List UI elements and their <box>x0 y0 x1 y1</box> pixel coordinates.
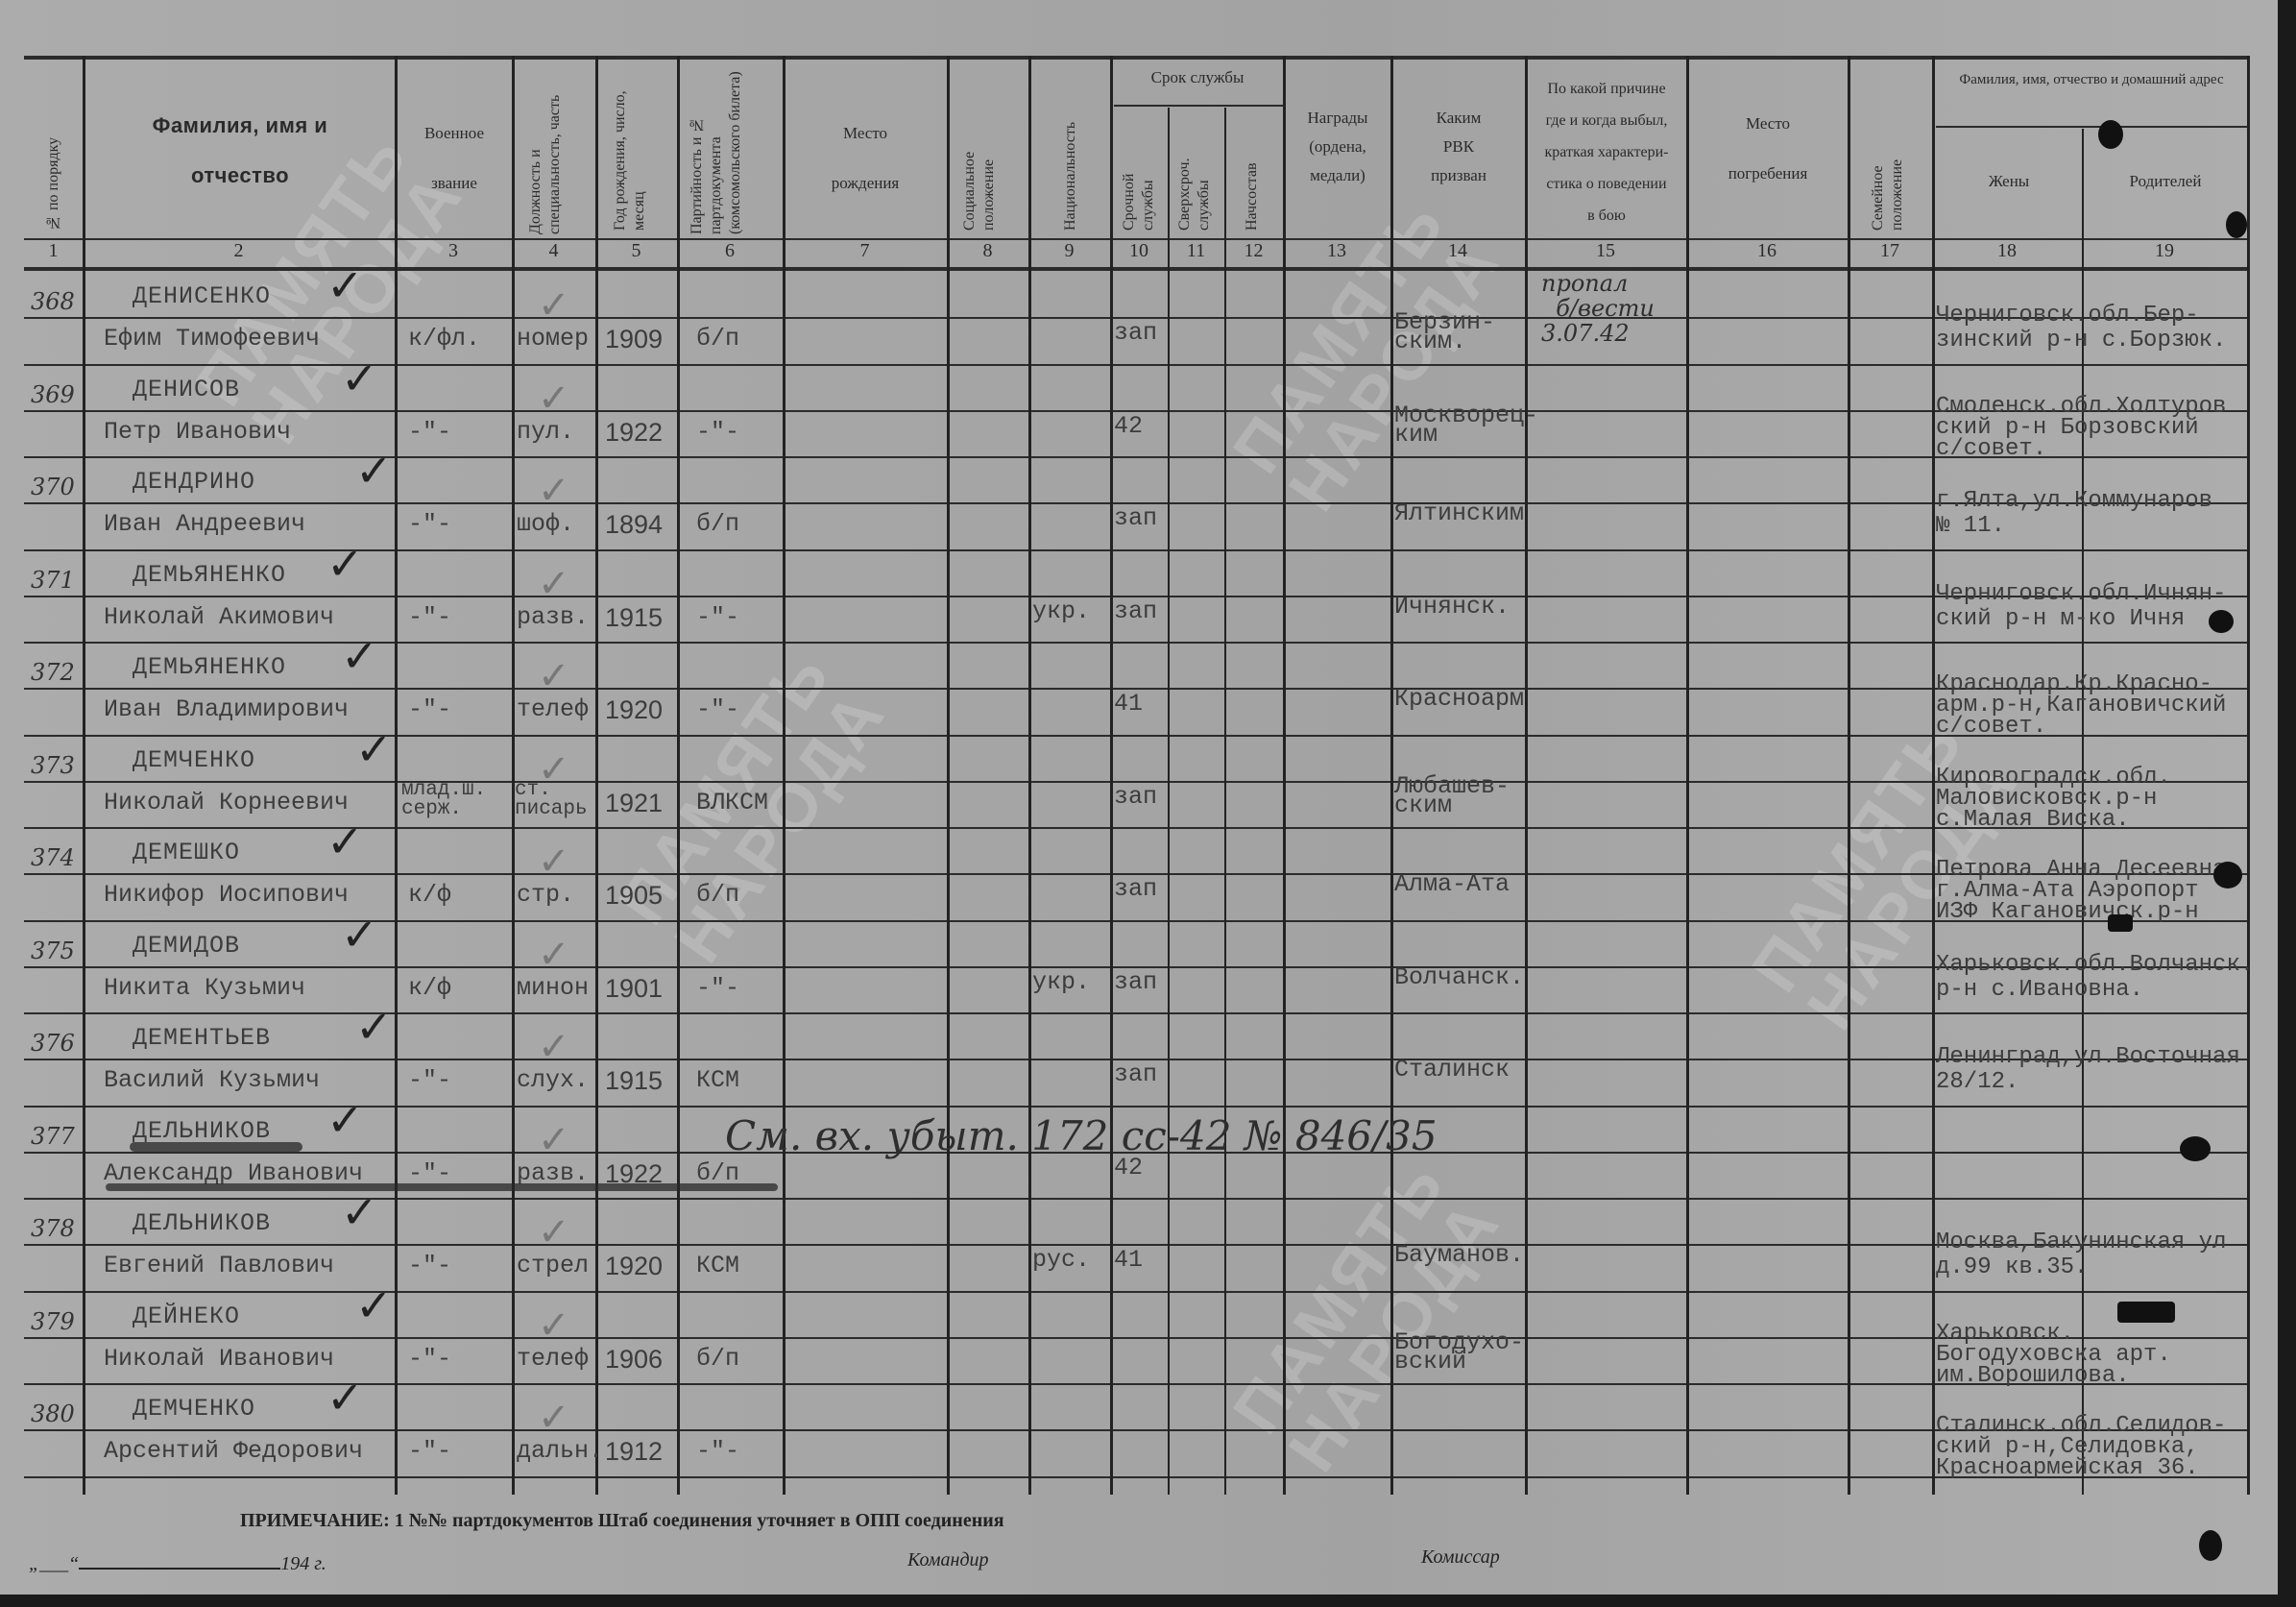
row-divider <box>24 1476 2248 1478</box>
surname: ДЕМЬЯНЕНКО <box>133 563 286 588</box>
header-col-2: Фамилия, имя иотчество <box>86 113 394 188</box>
party-status: б/п <box>696 1347 739 1372</box>
header-col-5: Год рождения, число, месяц <box>611 77 668 231</box>
service-term: 41 <box>1114 692 1143 717</box>
birth-year: 1912 <box>605 1439 663 1464</box>
conscription-office: Алма-Ата <box>1394 875 1510 894</box>
given-name: Иван Владимирович <box>104 697 349 722</box>
given-name: Иван Андреевич <box>104 512 305 537</box>
paper-hole <box>2209 610 2234 633</box>
military-rank: -"- <box>408 605 451 630</box>
checkmark-icon: ✓ <box>341 356 378 401</box>
strikethrough <box>130 1142 302 1152</box>
checkmark-icon: ✓ <box>326 263 364 307</box>
table-top-border <box>24 56 2248 60</box>
header-col-1: № по порядку <box>44 106 63 231</box>
checkmark-icon: ✓ <box>326 1098 364 1142</box>
home-address: Петрова Анна Десеевнаг.Алма-Ата Аэропорт… <box>1936 860 2226 923</box>
row-number: 378 <box>31 1215 75 1242</box>
header-col-9: Национальность <box>1061 96 1090 231</box>
column-number: 14 <box>1390 240 1525 265</box>
column-divider <box>1224 108 1226 1495</box>
checkmark-icon: ✓ <box>538 842 570 881</box>
column-divider <box>1686 56 1689 1495</box>
military-rank: -"- <box>408 1347 451 1372</box>
paper-hole <box>2108 914 2133 932</box>
row-divider <box>24 1429 2248 1431</box>
checkmark-icon: ✓ <box>538 657 570 695</box>
surname: ДЕМЕНТЬЕВ <box>133 1026 271 1051</box>
birth-year: 1920 <box>605 1254 663 1278</box>
party-status: КСМ <box>696 1068 739 1093</box>
conscription-office: Бауманов. <box>1394 1246 1524 1265</box>
conscription-office: Красноарм <box>1394 690 1524 709</box>
column-divider <box>1848 56 1850 1495</box>
header-col-10: Срочной службы <box>1120 134 1163 231</box>
column-number: 4 <box>512 240 595 265</box>
party-status: -"- <box>696 697 739 722</box>
birth-year: 1915 <box>605 605 663 630</box>
column-number: 1 <box>24 240 83 265</box>
given-name: Ефим Тимофеевич <box>104 327 320 352</box>
surname: ДЕМЕШКО <box>133 840 240 865</box>
checkmark-icon: ✓ <box>538 565 570 603</box>
column-divider <box>512 56 515 1495</box>
birth-year: 1905 <box>605 883 663 908</box>
paper-hole <box>2226 211 2247 238</box>
column-number: 11 <box>1168 240 1224 265</box>
checkmark-icon: ✓ <box>326 542 364 586</box>
party-status: б/п <box>696 512 739 537</box>
home-address: Кировоградск.обл.Маловисковск.р-нс.Малая… <box>1936 767 2171 831</box>
checkmark-icon: ✓ <box>538 1028 570 1066</box>
header-col-16: Местопогребения <box>1690 111 1846 186</box>
row-number: 373 <box>31 752 75 779</box>
header-col-13: Награды(ордена,медали) <box>1287 104 1389 190</box>
checkmark-icon: ✓ <box>538 936 570 974</box>
commander-label: Командир <box>907 1549 989 1571</box>
given-name: Арсентий Федорович <box>104 1439 363 1464</box>
column-divider <box>1283 56 1286 1495</box>
column-divider <box>1932 56 1935 1495</box>
surname: ДЕЛЬНИКОВ <box>133 1119 271 1144</box>
position: стр. <box>517 883 574 908</box>
service-group-divider <box>1114 105 1284 107</box>
party-status: -"- <box>696 420 739 445</box>
service-term: зап <box>1114 506 1157 531</box>
column-number: 19 <box>2082 240 2247 265</box>
position: телеф <box>517 1347 589 1372</box>
position: разв. <box>517 1161 589 1186</box>
paper-hole <box>2180 1136 2211 1161</box>
party-status: б/п <box>696 327 739 352</box>
given-name: Петр Иванович <box>104 420 291 445</box>
column-number: 5 <box>595 240 677 265</box>
checkmark-icon: ✓ <box>341 1190 378 1234</box>
column-number: 15 <box>1525 240 1686 265</box>
date-field: „___“194 г. <box>29 1553 326 1575</box>
given-name: Евгений Павлович <box>104 1254 334 1278</box>
conscription-office: Волчанск. <box>1394 968 1524 987</box>
row-number: 372 <box>31 659 75 686</box>
column-divider <box>1110 56 1113 1495</box>
header-col-8: Социальное положение <box>960 96 1013 231</box>
position: телеф <box>517 697 589 722</box>
row-number: 380 <box>31 1400 75 1427</box>
address-group-divider <box>1936 126 2248 128</box>
military-rank: -"- <box>408 420 451 445</box>
birth-year: 1915 <box>605 1068 663 1093</box>
military-rank: -"- <box>408 1254 451 1278</box>
home-address: Сталинск.обл.Селидов-ский р-н,Селидовка,… <box>1936 1416 2226 1479</box>
home-address: Ленинград,ул.Восточная28/12. <box>1936 1045 2240 1095</box>
checkmark-icon: ✓ <box>355 727 393 771</box>
header-col-7: Месторождения <box>785 121 945 196</box>
military-rank: млад.ш.серж. <box>401 781 486 819</box>
checkmark-icon: ✓ <box>326 819 364 864</box>
column-divider <box>1525 56 1528 1495</box>
column-divider <box>677 56 680 1495</box>
column-number: 7 <box>783 240 947 265</box>
column-divider <box>83 56 85 1495</box>
header-col-19: Родителей <box>2084 169 2247 194</box>
header-col-12: Начсостав <box>1243 144 1267 231</box>
surname: ДЕНИСЕНКО <box>133 284 271 309</box>
home-address: Черниговск.обл.Бер-зинский р-н с.Борзюк. <box>1936 304 2226 353</box>
column-number: 3 <box>395 240 512 265</box>
position: слух. <box>517 1068 589 1093</box>
header-col-18: Жены <box>1936 169 2082 194</box>
row-number: 368 <box>31 288 75 315</box>
column-divider <box>395 56 398 1495</box>
row-number: 375 <box>31 937 75 964</box>
home-address: Смоленск.обл.Холтуровский р-н Борзовский… <box>1936 397 2226 460</box>
row-number: 379 <box>31 1308 75 1335</box>
column-divider <box>595 56 598 1495</box>
row-number: 377 <box>31 1123 75 1150</box>
party-status: -"- <box>696 976 739 1001</box>
surname: ДЕНИСОВ <box>133 377 240 402</box>
header-col-15: По какой причинегде и когда выбыл,кратка… <box>1529 73 1684 231</box>
service-term: зап <box>1114 970 1157 995</box>
birth-year: 1922 <box>605 1161 663 1186</box>
birth-year: 1906 <box>605 1347 663 1372</box>
position: минон <box>517 976 589 1001</box>
header-col-17: Семейное положение <box>1869 134 1912 231</box>
column-divider <box>1028 56 1031 1495</box>
commissar-label: Комиссар <box>1421 1546 1500 1569</box>
party-status: -"- <box>696 605 739 630</box>
position: шоф. <box>517 512 574 537</box>
checkmark-icon: ✓ <box>538 379 570 418</box>
column-divider <box>947 56 950 1495</box>
row-number: 376 <box>31 1030 75 1057</box>
surname: ДЕНДРИНО <box>133 470 255 495</box>
given-name: Никита Кузьмич <box>104 976 305 1001</box>
column-number: 12 <box>1224 240 1283 265</box>
column-number: 13 <box>1283 240 1390 265</box>
checkmark-icon: ✓ <box>538 472 570 510</box>
position: ст.писарь <box>515 781 588 819</box>
conscription-office: Ичнянск. <box>1394 597 1510 617</box>
register-sheet: ПАМЯТЬНАРОДА ПАМЯТЬНАРОДА ПАМЯТЬНАРОДА П… <box>0 0 2278 1595</box>
party-status: б/п <box>696 1161 739 1186</box>
military-rank: к/ф <box>408 976 451 1001</box>
given-name: Никифор Иосипович <box>104 883 349 908</box>
home-address: г.Ялта,ул.Коммунаров№ 11. <box>1936 489 2212 539</box>
paper-hole <box>2117 1302 2175 1323</box>
column-number: 9 <box>1028 240 1110 265</box>
nationality: укр. <box>1032 970 1090 995</box>
checkmark-icon: ✓ <box>538 1399 570 1437</box>
handwritten-note: См. вх. убыт. 172 сс-42 № 846/35 <box>725 1112 1438 1159</box>
position: пул. <box>517 420 574 445</box>
given-name: Александр Иванович <box>104 1161 363 1186</box>
surname: ДЕМИДОВ <box>133 934 240 959</box>
header-col-4: Должность и специальность, часть <box>526 63 584 234</box>
checkmark-icon: ✓ <box>341 913 378 957</box>
column-divider <box>783 56 785 1495</box>
header-col-14: КакимРВКпризван <box>1394 104 1523 190</box>
nationality: рус. <box>1032 1248 1090 1273</box>
paper-hole <box>2098 120 2123 149</box>
checkmark-icon: ✓ <box>341 634 378 678</box>
given-name: Василий Кузьмич <box>104 1068 320 1093</box>
service-term: зап <box>1114 1062 1157 1087</box>
home-address: Харьковск.Богодуховска арт.им.Ворошилова… <box>1936 1324 2171 1387</box>
column-divider <box>1168 108 1170 1495</box>
given-name: Николай Акимович <box>104 605 334 630</box>
birth-year: 1921 <box>605 791 663 816</box>
checkmark-icon: ✓ <box>326 1376 364 1420</box>
checkmark-icon: ✓ <box>538 1213 570 1252</box>
home-address: Черниговск.обл.Ичнян-ский р-н м-ко Ичня <box>1936 582 2226 632</box>
row-number: 374 <box>31 844 75 871</box>
military-rank: к/фл. <box>408 327 480 352</box>
military-rank: -"- <box>408 1161 451 1186</box>
conscription-office: Любашев-ским <box>1394 777 1510 816</box>
service-term: зап <box>1114 599 1157 624</box>
birth-year: 1894 <box>605 512 663 537</box>
service-term: зап <box>1114 785 1157 810</box>
military-rank: -"- <box>408 1068 451 1093</box>
checkmark-icon: ✓ <box>538 286 570 325</box>
given-name: Николай Корнеевич <box>104 791 349 816</box>
paper-hole <box>2199 1530 2222 1561</box>
home-address: Краснодар.Кр.Красно-арм.р-н,Кагановичски… <box>1936 674 2226 738</box>
column-divider <box>2247 56 2250 1495</box>
conscription-office: Москворец-ким <box>1394 406 1538 445</box>
birth-year: 1901 <box>605 976 663 1001</box>
checkmark-icon: ✓ <box>355 1283 393 1327</box>
service-term: 42 <box>1114 414 1143 439</box>
column-number: 16 <box>1686 240 1848 265</box>
position: дальн. <box>517 1439 603 1464</box>
surname: ДЕМЧЕНКО <box>133 748 255 773</box>
header-col-11: Сверхсроч. службы <box>1175 134 1219 231</box>
column-number: 18 <box>1932 240 2082 265</box>
column-number: 10 <box>1110 240 1168 265</box>
column-number: 8 <box>947 240 1028 265</box>
party-status: КСМ <box>696 1254 739 1278</box>
birth-year: 1922 <box>605 420 663 445</box>
home-address: Харьковск.обл.Волчанск.р-н с.Ивановна. <box>1936 953 2254 1003</box>
conscription-office: Ялтинским <box>1394 504 1524 523</box>
surname: ДЕМЬЯНЕНКО <box>133 655 286 680</box>
row-divider <box>24 1337 2248 1339</box>
party-status: б/п <box>696 883 739 908</box>
birth-year: 1920 <box>605 697 663 722</box>
position: стрел <box>517 1254 589 1278</box>
checkmark-icon: ✓ <box>538 1306 570 1345</box>
checkmark-icon: ✓ <box>355 449 393 493</box>
row-number: 369 <box>31 381 75 408</box>
service-term: зап <box>1114 877 1157 902</box>
party-status: ВЛКСМ <box>696 791 768 816</box>
military-rank: -"- <box>408 1439 451 1464</box>
strikethrough <box>106 1183 778 1191</box>
conscription-office: Богодухо-вский <box>1394 1333 1524 1372</box>
military-rank: -"- <box>408 512 451 537</box>
military-rank: к/ф <box>408 883 451 908</box>
party-status: -"- <box>696 1439 739 1464</box>
checkmark-icon: ✓ <box>355 1005 393 1049</box>
column-divider <box>1390 56 1393 1495</box>
surname: ДЕЙНЕКО <box>133 1304 240 1329</box>
given-name: Николай Иванович <box>104 1347 334 1372</box>
header-service-group: Срок службы <box>1112 65 1283 90</box>
row-number: 370 <box>31 474 75 500</box>
header-col-3: Военноезвание <box>398 121 511 196</box>
header-address-group: Фамилия, имя, отчество и домашний адрес <box>1936 65 2247 94</box>
footer-note: ПРИМЕЧАНИЕ: 1 №№ партдокументов Штаб сое… <box>240 1510 1004 1532</box>
header-col-6: Партийность и № партдокумента (комсомоль… <box>688 63 769 234</box>
column-number: 17 <box>1848 240 1932 265</box>
conscription-office: Берзин-ским. <box>1394 313 1495 352</box>
paper-hole <box>2213 862 2242 889</box>
row-number: 371 <box>31 567 75 594</box>
handwritten-reason: пропал б/вести3.07.42 <box>1541 271 1655 346</box>
home-address: Москва,Бакунинская улд.99 кв.35. <box>1936 1230 2226 1280</box>
service-term: 41 <box>1114 1248 1143 1273</box>
conscription-office: Сталинск <box>1394 1060 1510 1080</box>
birth-year: 1909 <box>605 327 663 352</box>
military-rank: -"- <box>408 697 451 722</box>
surname: ДЕМЧЕНКО <box>133 1397 255 1422</box>
checkmark-icon: ✓ <box>538 1121 570 1159</box>
surname: ДЕЛЬНИКОВ <box>133 1211 271 1236</box>
position: номер <box>517 327 589 352</box>
column-number: 6 <box>677 240 783 265</box>
position: разв. <box>517 605 589 630</box>
service-term: зап <box>1114 321 1157 346</box>
nationality: укр. <box>1032 599 1090 624</box>
